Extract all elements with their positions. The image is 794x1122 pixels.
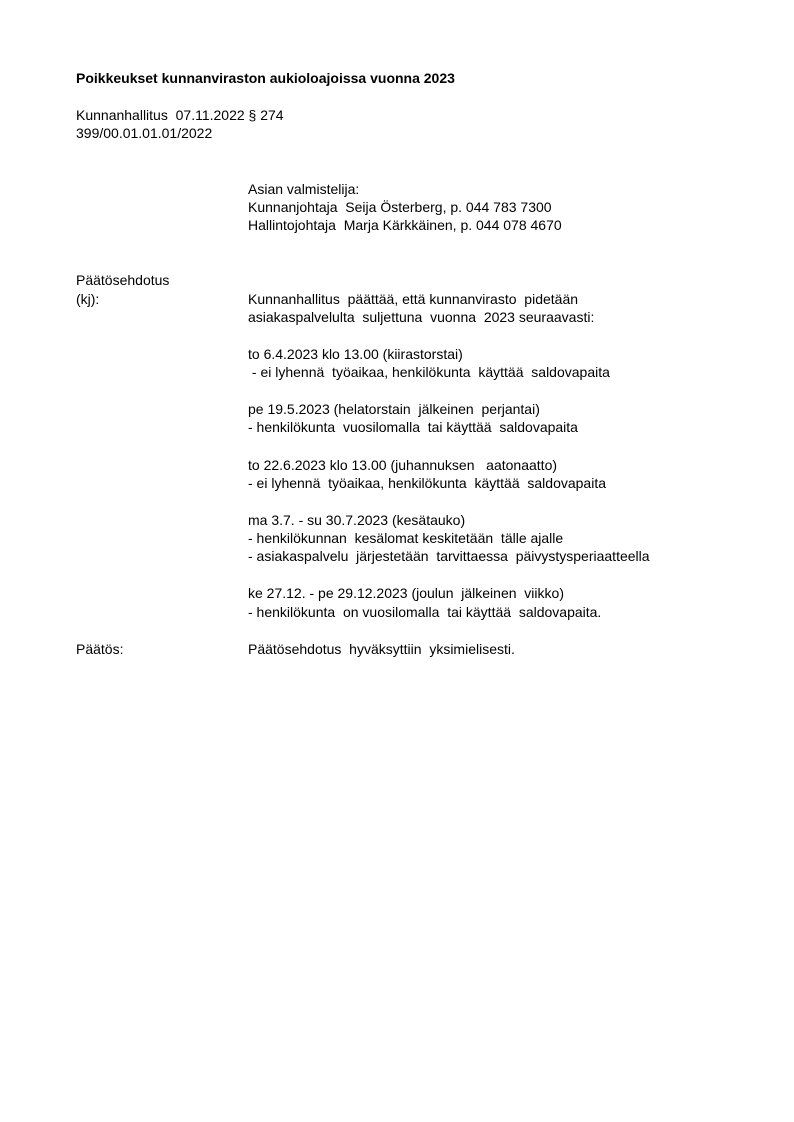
closure-date: ke 27.12. - pe 29.12.2023 (joulun jälkei… <box>248 584 564 602</box>
closure-note: - henkilökunta vuosilomalla tai käyttää … <box>248 418 578 436</box>
preparer-line: Kunnanjohtaja Seija Österberg, p. 044 78… <box>248 198 552 216</box>
closure-date: pe 19.5.2023 (helatorstain jälkeinen per… <box>248 400 540 418</box>
record-id: 399/00.01.01.01/2022 <box>76 124 212 142</box>
meeting-reference: Kunnanhallitus 07.11.2022 § 274 <box>76 106 284 124</box>
decision-text: Päätösehdotus hyväksyttiin yksimielisest… <box>248 640 515 658</box>
decision-label: Päätös: <box>76 640 123 658</box>
proposal-label: Päätösehdotus <box>76 271 169 289</box>
document-title: Poikkeukset kunnanviraston aukioloajoiss… <box>76 69 455 87</box>
closure-date: ma 3.7. - su 30.7.2023 (kesätauko) <box>248 511 465 529</box>
proposal-label-sub: (kj): <box>76 290 99 308</box>
preparer-line: Hallintojohtaja Marja Kärkkäinen, p. 044… <box>248 216 562 234</box>
closure-note: - ei lyhennä työaikaa, henkilökunta käyt… <box>248 363 610 381</box>
closure-date: to 22.6.2023 klo 13.00 (juhannuksen aato… <box>248 456 557 474</box>
proposal-intro: asiakaspalvelulta suljettuna vuonna 2023… <box>248 308 594 326</box>
closure-note: - ei lyhennä työaikaa, henkilökunta käyt… <box>248 474 606 492</box>
closure-date: to 6.4.2023 klo 13.00 (kiirastorstai) <box>248 345 463 363</box>
closure-note: - henkilökunnan kesälomat keskitetään tä… <box>248 529 563 547</box>
closure-note: - henkilökunta on vuosilomalla tai käytt… <box>248 603 601 621</box>
proposal-intro: Kunnanhallitus päättää, että kunnanviras… <box>248 290 578 308</box>
preparers-heading: Asian valmistelija: <box>248 180 359 198</box>
closure-note: - asiakaspalvelu järjestetään tarvittaes… <box>248 547 650 565</box>
